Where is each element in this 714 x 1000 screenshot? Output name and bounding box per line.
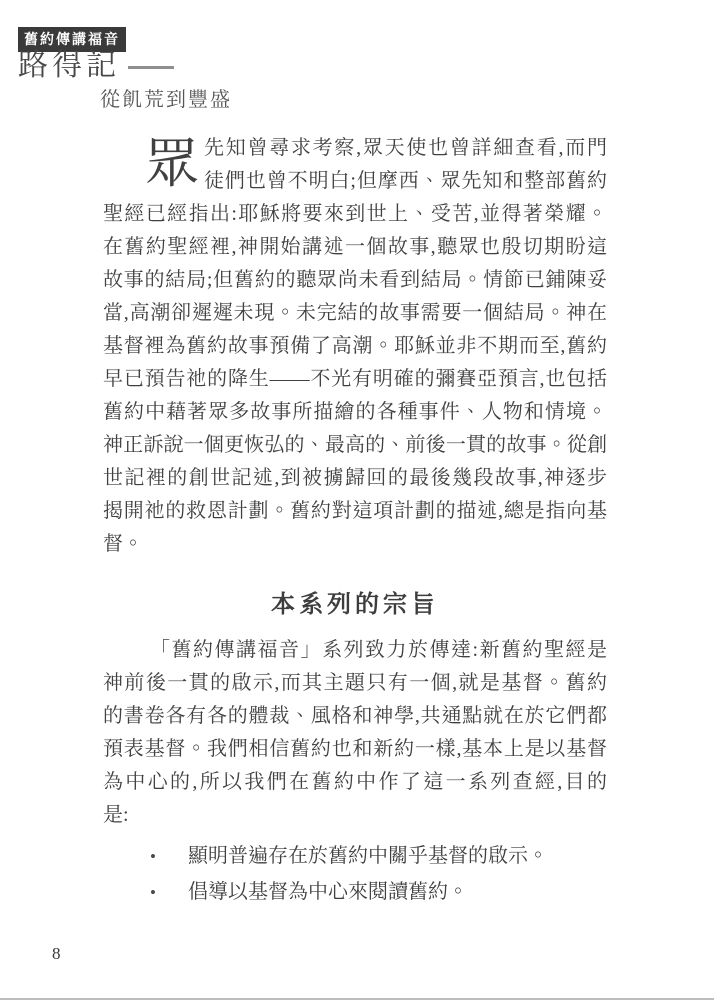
title-dash-rule xyxy=(128,66,174,69)
text-line: 神前後一貫的啟示,而其主題只有一個,就是基督。舊約 xyxy=(103,667,607,700)
text-line: 在舊約聖經裡,神開始講述一個故事,聽眾也殷切期盼這 xyxy=(103,231,607,264)
text-line: 世記裡的創世記述,到被擄歸回的最後幾段故事,神逐步 xyxy=(103,462,607,495)
bullet-list: •顯明普遍存在於舊約中關乎基督的啟示。•倡導以基督為中心來閱讀舊約。 xyxy=(103,840,607,909)
text-line: 揭開祂的救恩計劃。舊約對這項計劃的描述,總是指向基 xyxy=(103,495,607,528)
page-number: 8 xyxy=(52,944,61,964)
section-paragraph: 「舊約傳講福音」系列致力於傳達:新舊約聖經是神前後一貫的啟示,而其主題只有一個,… xyxy=(103,634,607,832)
chapter-title: 路得記 xyxy=(18,48,120,84)
text-line: 預表基督。我們相信舊約也和新約一樣,基本上是以基督 xyxy=(103,733,607,766)
chapter-subtitle: 從飢荒到豐盛 xyxy=(100,83,232,112)
bullet-item: •顯明普遍存在於舊約中關乎基督的啟示。 xyxy=(103,840,607,873)
drop-cap: 眾 xyxy=(145,135,199,193)
text-line: 是: xyxy=(103,799,607,832)
text-line: 的書卷各有各的體裁、風格和神學,共通點就在於它們都 xyxy=(103,700,607,733)
text-line: 「舊約傳講福音」系列致力於傳達:新舊約聖經是 xyxy=(103,634,607,667)
section-lines: 「舊約傳講福音」系列致力於傳達:新舊約聖經是神前後一貫的啟示,而其主題只有一個,… xyxy=(103,634,607,832)
text-line: 神正訴說一個更恢弘的、最高的、前後一貫的故事。從創 xyxy=(103,429,607,462)
bullet-text: 顯明普遍存在於舊約中關乎基督的啟示。 xyxy=(188,840,548,873)
text-line: 聖經已經指出:耶穌將要來到世上、受苦,並得著榮耀。 xyxy=(103,198,607,231)
page-content: 眾 先知曾尋求考察,眾天使也曾詳細查看,而門徒們也曾不明白;但摩西、眾先知和整部… xyxy=(103,132,607,912)
text-line: 舊約中藉著眾多故事所描繪的各種事件、人物和情境。 xyxy=(103,396,607,429)
chapter-title-row: 路得記 xyxy=(18,48,174,84)
intro-paragraph: 眾 先知曾尋求考察,眾天使也曾詳細查看,而門徒們也曾不明白;但摩西、眾先知和整部… xyxy=(103,132,607,561)
text-line: 督。 xyxy=(103,528,607,561)
section-heading: 本系列的宗旨 xyxy=(103,590,607,621)
bullet-text: 倡導以基督為中心來閱讀舊約。 xyxy=(188,876,468,909)
text-line: 基督裡為舊約故事預備了高潮。耶穌並非不期而至,舊約 xyxy=(103,330,607,363)
bullet-item: •倡導以基督為中心來閱讀舊約。 xyxy=(103,876,607,909)
book-page: 舊約傳講福音 路得記 從飢荒到豐盛 眾 先知曾尋求考察,眾天使也曾詳細查看,而門… xyxy=(0,0,714,1000)
bullet-dot-icon: • xyxy=(150,876,188,909)
text-line: 早已預告祂的降生——不光有明確的彌賽亞預言,也包括 xyxy=(103,363,607,396)
text-line: 故事的結局;但舊約的聽眾尚未看到結局。情節已鋪陳妥 xyxy=(103,264,607,297)
bullet-dot-icon: • xyxy=(150,840,188,873)
intro-lines: 先知曾尋求考察,眾天使也曾詳細查看,而門徒們也曾不明白;但摩西、眾先知和整部舊約… xyxy=(103,132,607,561)
text-line: 當,高潮卻遲遲未現。未完結的故事需要一個結局。神在 xyxy=(103,297,607,330)
text-line: 為中心的,所以我們在舊約中作了這一系列查經,目的 xyxy=(103,766,607,799)
